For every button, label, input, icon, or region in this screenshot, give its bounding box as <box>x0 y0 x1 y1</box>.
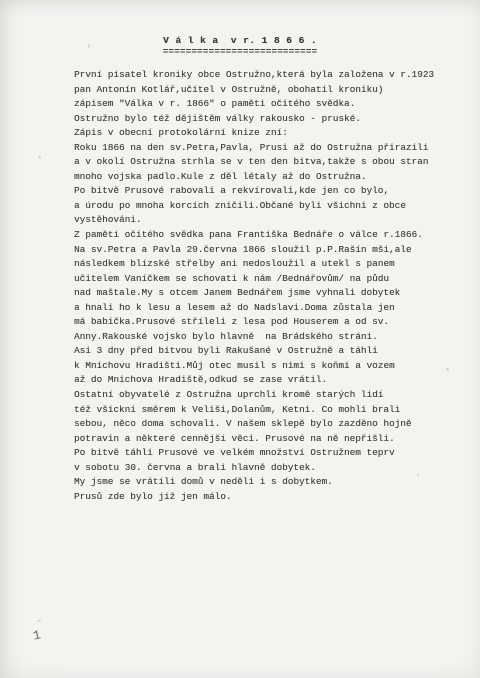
scan-speck <box>37 620 41 622</box>
text-line: a hnali ho k lesu a lesem až do Nadslavi… <box>74 301 446 316</box>
text-line: má babička.Prusové stříleli z lesa pod H… <box>74 315 446 330</box>
text-line: Roku 1866 na den sv.Petra,Pavla, Prusi a… <box>74 141 446 156</box>
scanned-document-page: V á l k a v r. 1 8 6 6 . ===============… <box>0 0 480 678</box>
title-block: V á l k a v r. 1 8 6 6 . ===============… <box>0 35 480 57</box>
text-line: sebou, něco doma schovali. V našem sklep… <box>74 417 446 432</box>
scan-speck <box>417 474 419 476</box>
text-line: mnoho vojska padlo.Kule z děl létaly až … <box>74 170 446 185</box>
text-line: Po bitvě táhli Prusové ve velkém množstv… <box>74 446 446 461</box>
text-line: zápisem "Válka v r. 1866" o paměti očité… <box>74 97 446 112</box>
text-line: v sobotu 30. června a brali hlavně dobyt… <box>74 461 446 476</box>
text-line: potravin a některé cennější věci. Prusov… <box>74 432 446 447</box>
scan-speck <box>446 368 449 371</box>
text-line: a v okolí Ostružna strhla se v ten den b… <box>74 155 446 170</box>
text-line: a úrodu po mnoha korcích zničili.Občané … <box>74 199 446 214</box>
text-line: pan Antonín Kotlář,učitel v Ostružně, ob… <box>74 83 446 98</box>
text-line: Z paměti očitého svědka pana Františka B… <box>74 228 446 243</box>
text-line: Ostružno bylo též dějištěm války rakousk… <box>74 112 446 127</box>
scan-speck <box>38 156 41 159</box>
title-underline: =========================== <box>0 47 480 57</box>
handwritten-page-mark: 1 <box>32 627 43 643</box>
text-line: Zápis v obecní protokolární knize zní: <box>74 126 446 141</box>
text-line: též všickni směrem k Veliši,Dolanům, Ket… <box>74 403 446 418</box>
typewritten-text-body: První pisatel kroniky obce Ostružno,kter… <box>74 68 446 504</box>
text-line: k Mnichovu Hradišti.Můj otec musil s nim… <box>74 359 446 374</box>
text-line: následkem blízské střelby ani nedoslouži… <box>74 257 446 272</box>
text-line: Ostatní obyvatelé z Ostružna uprchli kro… <box>74 388 446 403</box>
text-line: Anny.Rakouské vojsko bylo hlavně na Brád… <box>74 330 446 345</box>
scan-speck <box>88 44 90 48</box>
text-line: My jsme se vrátili domů v neděli i s dob… <box>74 475 446 490</box>
text-line: vystěhováni. <box>74 213 446 228</box>
text-line: První pisatel kroniky obce Ostružno,kter… <box>74 68 446 83</box>
text-line: nad maštale.My s otcem Janem Bednářem js… <box>74 286 446 301</box>
text-line: Po bitvě Prusové rabovali a rekvírovali,… <box>74 184 446 199</box>
text-line: Prusů zde bylo již jen málo. <box>74 490 446 505</box>
text-line: Na sv.Petra a Pavla 29.června 1866 slouž… <box>74 243 446 258</box>
text-line: učitelem Vaníčkem se schovati k nám /Bed… <box>74 272 446 287</box>
text-line: Asi 3 dny před bitvou byli Rakušané v Os… <box>74 344 446 359</box>
text-line: až do Mnichova Hradiště,odkud se zase vr… <box>74 373 446 388</box>
